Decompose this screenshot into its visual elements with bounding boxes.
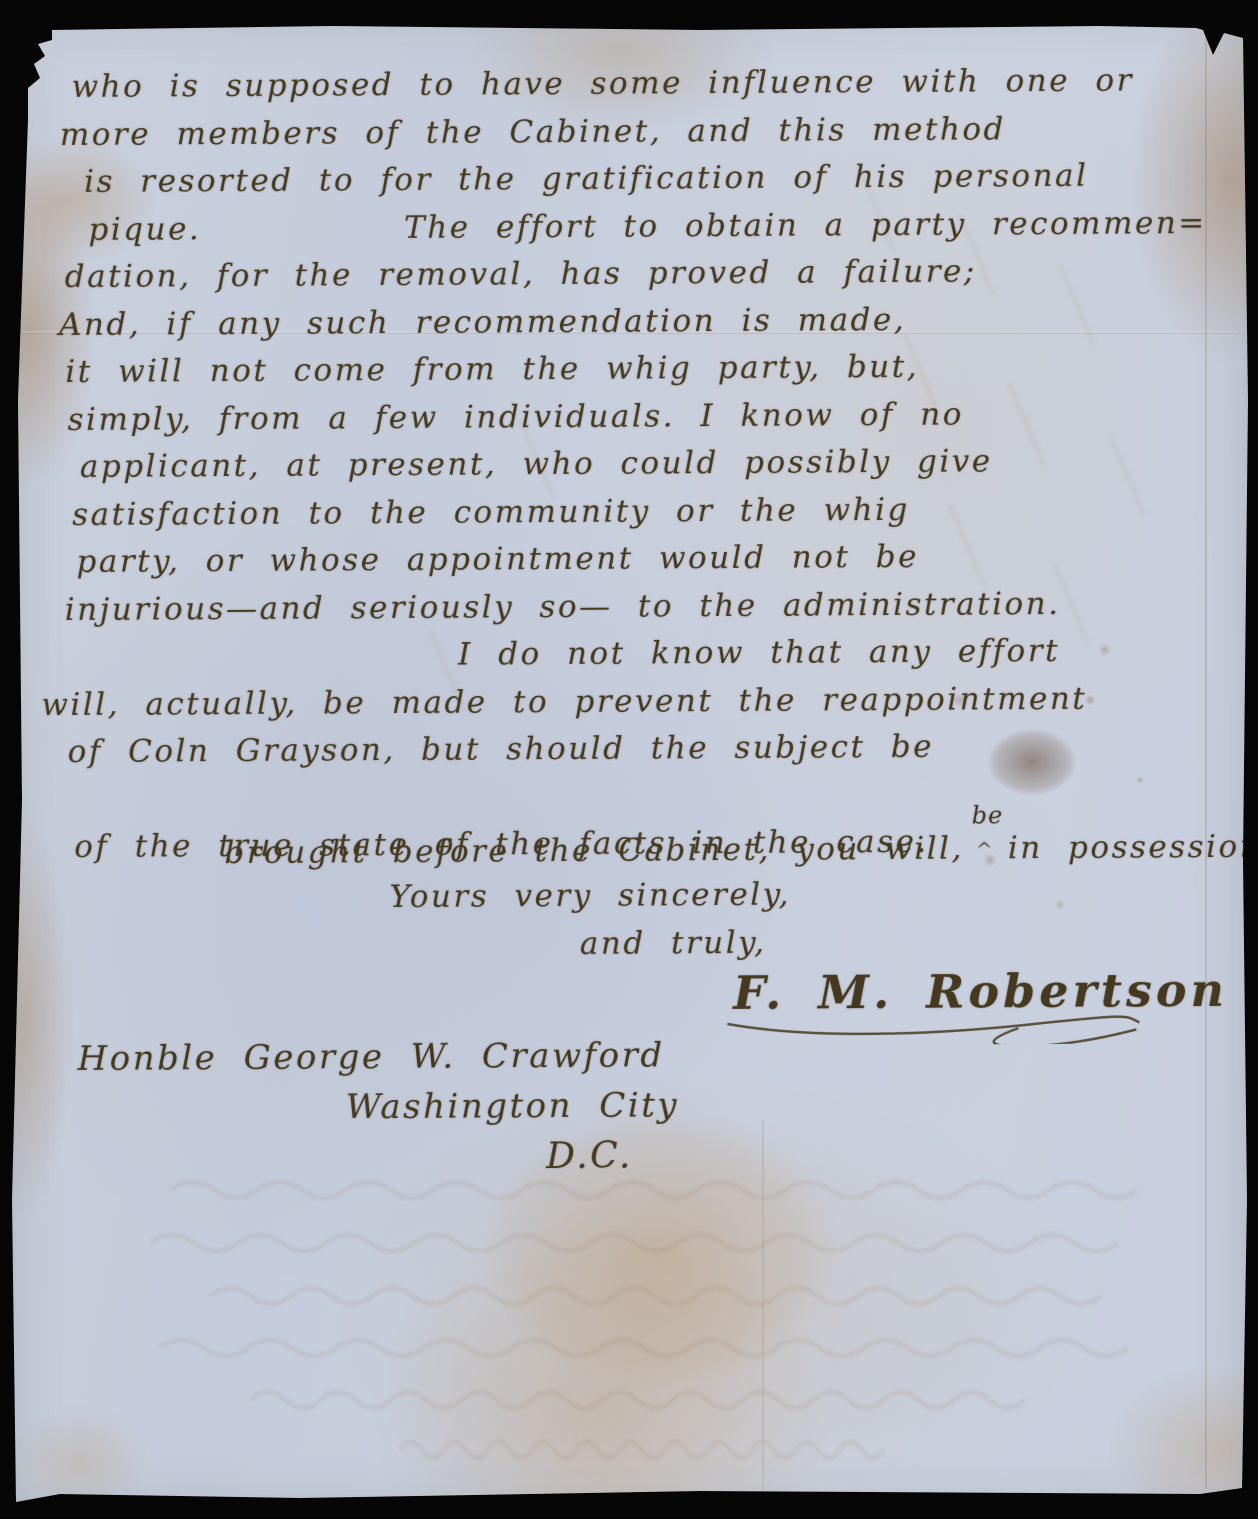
letter-line: dation, for the removal, has proved a fa… bbox=[65, 247, 1258, 302]
insertion-line-post: in possession bbox=[1008, 829, 1258, 867]
letter-line: satisfaction to the community or the whi… bbox=[72, 484, 1258, 539]
recipient-district: D.C. bbox=[546, 1128, 1258, 1182]
letter-line: injurious—and seriously so— to the admin… bbox=[65, 579, 1258, 634]
recipient-city: Washington City bbox=[346, 1078, 1258, 1134]
letter-line: And, if any such recommendation is made, bbox=[59, 294, 1258, 349]
signature-flourish-icon bbox=[723, 1013, 1143, 1046]
letter-page: who is supposed to have some influence w… bbox=[0, 0, 1258, 1519]
letter-line: is resorted to for the gratification of … bbox=[84, 152, 1258, 207]
letter-line: I do not know that any effort bbox=[458, 627, 1258, 679]
signature-block: F. M. Robertson bbox=[733, 966, 1258, 1027]
letter-line: of Coln Grayson, but should the subject … bbox=[68, 722, 1258, 777]
closing-line-1: Yours very sincerely, bbox=[389, 868, 1258, 921]
signature: F. M. Robertson bbox=[733, 962, 1228, 1019]
letter-line: pique. The effort to obtain a party reco… bbox=[88, 199, 1258, 254]
letter-line-with-insertion: brought before the Cabinet, you will,be^… bbox=[72, 769, 1258, 824]
letter-line: who is supposed to have some influence w… bbox=[71, 57, 1257, 112]
letter-line: it will not come from the whig party, bu… bbox=[65, 342, 1258, 397]
insertion-mark: be^ bbox=[964, 818, 1008, 858]
letter-line: will, actually, be made to prevent the r… bbox=[41, 674, 1258, 729]
closing-line-2: and truly, bbox=[580, 916, 1258, 968]
letter-line: applicant, at present, who could possibl… bbox=[80, 437, 1258, 492]
letter-line: party, or whose appointment would not be bbox=[76, 532, 1258, 587]
letter-body: who is supposed to have some influence w… bbox=[0, 57, 1258, 1186]
insertion-caret-icon: ^ bbox=[976, 826, 996, 874]
letter-line: more members of the Cabinet, and this me… bbox=[60, 104, 1258, 159]
letter-line: simply, from a few individuals. I know o… bbox=[67, 389, 1258, 444]
